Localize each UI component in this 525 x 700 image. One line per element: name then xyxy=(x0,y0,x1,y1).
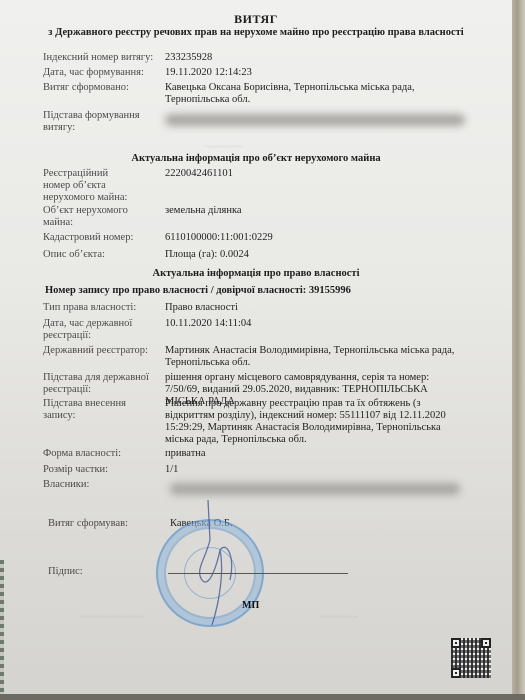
field-label: Підстава для державної реєстрації: xyxy=(43,372,153,396)
field-label: Розмір частки: xyxy=(43,464,163,476)
field-label: Кадастровий номер: xyxy=(43,232,163,244)
field-label: Опис об’єкта: xyxy=(43,249,163,261)
field-value: 1/1 xyxy=(165,464,475,476)
field-label: Власники: xyxy=(43,479,163,491)
field-label: Підстава внесення запису: xyxy=(43,398,138,422)
document-subtitle: з Державного реєстру речових прав на нер… xyxy=(0,27,512,38)
field-label: Витяг сформовано: xyxy=(43,82,163,94)
field-value: 233235928 xyxy=(165,52,475,64)
field-value: 6110100000:11:001:0229 xyxy=(165,232,475,244)
field-label: Форма власності: xyxy=(43,448,163,460)
field-value: Рішення про державну реєстрацію прав та … xyxy=(165,398,470,446)
field-value: Площа (га): 0.0024 xyxy=(165,249,475,261)
paper-left-edge xyxy=(0,560,4,700)
field-value: земельна ділянка xyxy=(165,205,475,217)
redacted-value xyxy=(170,483,460,495)
bleed-through-text: ~~~~~~~ xyxy=(205,142,243,153)
qr-code xyxy=(451,638,491,678)
field-label: Дата, час формування: xyxy=(43,67,163,79)
paper-right-edge xyxy=(512,0,525,700)
field-label: Об’єкт нерухомого майна: xyxy=(43,205,138,229)
qr-finder-pattern xyxy=(451,638,461,648)
ownership-record-number: Номер запису про право власності / довір… xyxy=(45,285,351,296)
field-value: Право власності xyxy=(165,302,475,314)
field-value: Кавецька Оксана Борисівна, Тернопільська… xyxy=(165,82,445,106)
document-title: ВИТЯГ xyxy=(0,12,512,27)
ownership-section-title: Актуальна інформація про право власності xyxy=(0,268,512,279)
field-value: 2220042461101 xyxy=(165,168,475,180)
field-label: Державний реєстратор: xyxy=(43,345,163,357)
field-label: Реєстраційний номер об’єкта нерухомого м… xyxy=(43,168,138,204)
field-value: приватна xyxy=(165,448,475,460)
qr-finder-pattern xyxy=(451,668,461,678)
field-value: Мартиняк Анастасія Володимирівна, Терноп… xyxy=(165,345,455,369)
background-surface xyxy=(0,694,525,700)
signature-label: Підпис: xyxy=(48,566,168,578)
seal-place-mark: МП xyxy=(242,600,259,611)
formed-by-label: Витяг сформував: xyxy=(48,518,168,530)
bleed-through-text: ~~~~~~~~~~~~ xyxy=(80,612,145,623)
field-label: Індексний номер витягу: xyxy=(43,52,163,64)
bleed-through-text: ~~~~~~~ xyxy=(320,612,358,623)
handwritten-signature xyxy=(190,500,250,630)
field-label: Дата, час державної реєстрації: xyxy=(43,318,138,342)
field-label: Підстава формування витягу: xyxy=(43,110,143,134)
field-label: Тип права власності: xyxy=(43,302,163,314)
document-page: ВИТЯГ з Державного реєстру речових прав … xyxy=(0,0,512,698)
redacted-value xyxy=(165,114,465,126)
qr-finder-pattern xyxy=(481,638,491,648)
field-value: 19.11.2020 12:14:23 xyxy=(165,67,475,79)
object-section-title: Актуальна інформація про об’єкт нерухомо… xyxy=(0,153,512,164)
field-value: 10.11.2020 14:11:04 xyxy=(165,318,475,330)
signature-line xyxy=(168,573,348,574)
